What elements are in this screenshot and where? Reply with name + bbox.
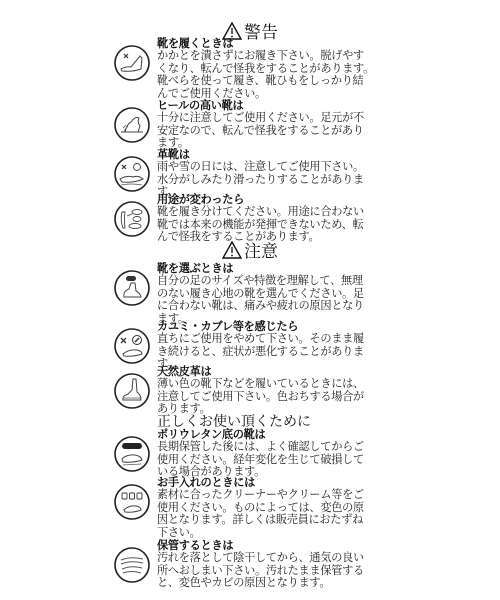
notice-text: 靴を履くときは かかとを潰さずにお履き下さい。脱げやす くなり、転んで怪我をする…: [157, 38, 367, 100]
polyurethane-sole-icon: [113, 435, 151, 473]
color-transfer-icon: [113, 372, 151, 410]
notice-line: かかとを潰さずにお履き下さい。脱げやす: [157, 50, 367, 62]
notice-line: 雨や雪の日には、注意してご使用下さい。: [157, 161, 367, 173]
notice-line: 下さい。: [157, 527, 367, 539]
heel-crush-icon: [113, 44, 151, 82]
caution-heading-label: 注意: [244, 242, 278, 262]
change-shoes-icon: [113, 200, 151, 238]
notice-line: 直ちにご使用をやめて下さい。そのまま履: [157, 333, 367, 345]
storage-icon: [113, 546, 151, 584]
caution-heading: 注意: [0, 241, 500, 264]
notice-line: 因となります。詳しくは販売員におたずね: [157, 514, 367, 526]
warning-triangle-icon: [222, 241, 242, 264]
notice-line: き続けると、症状が悪化することがありま: [157, 346, 367, 358]
notice-line: 自分の足のサイズや特徴を理解して、無理: [157, 275, 367, 287]
notice-text: 革靴は 雨や雪の日には、注意してご使用下さい。 水分がしみたり滑ったりすることが…: [157, 149, 367, 199]
high-heel-fall-icon: [113, 106, 151, 144]
notice-line: 靴を履き分けてください。用途に合わない: [157, 206, 367, 218]
fitting-icon: [113, 269, 151, 307]
notice-line: 十分に注意してご使用ください。足元が不: [157, 112, 367, 124]
notice-text: ポリウレタン底の靴は 長期保管した後には、よく確認してからご 使用ください。経年…: [157, 429, 367, 479]
notice-line: 汚れを落として陰干してから、通気の良い: [157, 552, 367, 564]
notice-line: 水分がしみたり滑ったりすることがありま: [157, 174, 367, 186]
notice-text: お手入れのときには 素材に合ったクリーナーやクリーム等をご 使用ください。ものに…: [157, 477, 367, 539]
notice-text: カユミ・カブレ等を感じたら 直ちにご使用をやめて下さい。そのまま履 き続けると、…: [157, 321, 367, 371]
cleaning-icon: [113, 483, 151, 521]
rain-slip-icon: [113, 155, 151, 193]
notice-text: 靴を選ぶときは 自分の足のサイズや特徴を理解して、無理 のない履き心地の靴を選ん…: [157, 263, 367, 325]
notice-line: 素材に合ったクリーナーやクリーム等をご: [157, 489, 367, 501]
notice-line: 靴べらを使って履き、靴ひもをしっかり結: [157, 75, 367, 87]
notice-text: 天然皮革は 薄い色の靴下などを履いているときには、 注意してご使用下さい。色おち…: [157, 366, 367, 416]
notice-line: に合わない靴は、痛みや疲れの原因となり: [157, 300, 367, 312]
notice-line: と、変色やカビの原因となります。: [157, 577, 367, 589]
notice-line: 長期保管した後には、よく確認してからご: [157, 441, 367, 453]
notice-line: 薄い色の靴下などを履いているときには、: [157, 378, 367, 390]
skin-irritation-icon: [113, 327, 151, 365]
notice-text: 用途が変わったら 靴を履き分けてください。用途に合わない 靴では本来の機能が発揮…: [157, 194, 367, 244]
notice-text: ヒールの高い靴は 十分に注意してご使用ください。足元が不 安定なので、転んで怪我…: [157, 100, 367, 150]
notice-text: 保管するときは 汚れを落として陰干してから、通気の良い 所へおしまい下さい。汚れ…: [157, 540, 367, 590]
